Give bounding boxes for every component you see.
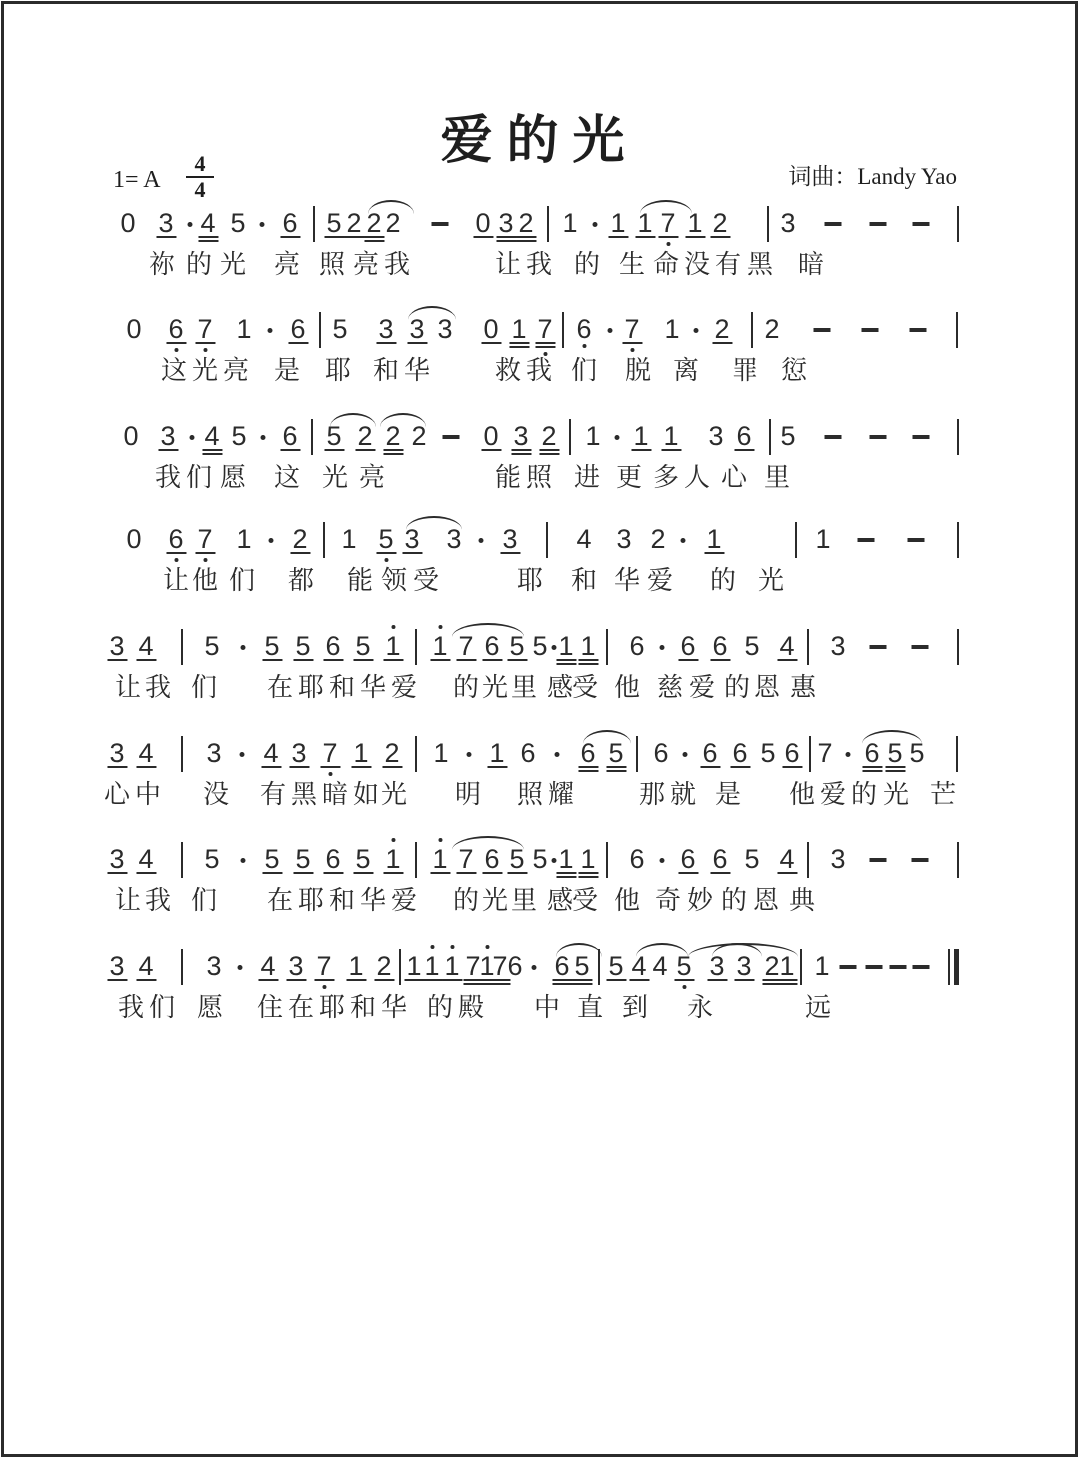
note-token: 1 bbox=[385, 633, 400, 660]
note-underline bbox=[622, 342, 642, 344]
lyric-char: 明 bbox=[455, 780, 481, 808]
note-token: 6 bbox=[554, 953, 569, 980]
note-token: 3 bbox=[158, 210, 173, 237]
note-token: 3 bbox=[437, 316, 452, 343]
augmentation-dot bbox=[532, 965, 537, 970]
note-underline bbox=[535, 342, 555, 344]
lyric-char: 他 bbox=[192, 566, 218, 594]
note-underline bbox=[482, 659, 502, 661]
note-token: 5 bbox=[295, 846, 310, 873]
note-underline bbox=[198, 240, 218, 242]
lyric-char: 能 bbox=[347, 566, 373, 594]
note-token: 6 bbox=[712, 633, 727, 660]
low-octave-dot bbox=[174, 558, 178, 562]
note-token: 5 bbox=[355, 633, 370, 660]
lyric-char: 和 bbox=[329, 886, 355, 914]
note-token: 5 bbox=[326, 423, 341, 450]
lyric-char: 华 bbox=[381, 993, 407, 1021]
note-token: 3 bbox=[109, 846, 124, 873]
note-token: 2 bbox=[714, 316, 729, 343]
note-underline bbox=[734, 449, 754, 451]
note-underline bbox=[782, 766, 802, 768]
lyric-char: 恩 bbox=[754, 673, 780, 701]
note-token: 6 bbox=[732, 740, 747, 767]
note-underline bbox=[730, 766, 750, 768]
note-underline bbox=[509, 346, 529, 348]
low-octave-dot bbox=[682, 985, 686, 989]
augmentation-dot bbox=[660, 645, 665, 650]
lyric-char: 他 bbox=[614, 886, 640, 914]
note-token: 2 bbox=[411, 423, 426, 450]
duration-dash bbox=[814, 328, 831, 332]
note-token: 1 bbox=[815, 526, 830, 553]
note-token: 1 bbox=[236, 316, 251, 343]
note-token: 4 bbox=[138, 953, 153, 980]
lyric-char: 爱 bbox=[391, 886, 417, 914]
note-token: 2 bbox=[346, 210, 361, 237]
note-token: 2 bbox=[541, 423, 556, 450]
note-token: 6 bbox=[736, 423, 751, 450]
augmentation-dot bbox=[190, 435, 195, 440]
lyric-char: 永 bbox=[687, 993, 713, 1021]
note-token: 7 bbox=[537, 316, 552, 343]
lyric-char: 里 bbox=[511, 886, 537, 914]
lyric-char: 的 bbox=[574, 250, 600, 278]
note-underline bbox=[507, 872, 527, 874]
note-token: 0 bbox=[483, 423, 498, 450]
lyric-char: 愿 bbox=[220, 463, 246, 491]
note-token: 3 bbox=[736, 953, 751, 980]
note-token: 6 bbox=[680, 846, 695, 873]
note-token: 3 bbox=[288, 953, 303, 980]
note-token: 0 bbox=[126, 526, 141, 553]
duration-dash bbox=[443, 435, 460, 439]
lyric-char: 有 bbox=[260, 780, 286, 808]
barline bbox=[181, 736, 183, 772]
lyric-char: 在 bbox=[267, 886, 293, 914]
duration-dash bbox=[870, 645, 887, 649]
note-token: 5 bbox=[230, 210, 245, 237]
low-octave-dot bbox=[203, 348, 207, 352]
note-underline bbox=[482, 872, 502, 874]
note-underline bbox=[552, 983, 572, 985]
note-token: 5 bbox=[332, 316, 347, 343]
note-token: 5 bbox=[231, 423, 246, 450]
augmentation-dot bbox=[188, 222, 193, 227]
note-token: 5 bbox=[532, 633, 547, 660]
lyric-char: 光 bbox=[482, 886, 508, 914]
augmentation-dot bbox=[479, 538, 484, 543]
lyric-char: 救 bbox=[495, 356, 521, 384]
lyric-char: 亮 bbox=[353, 250, 379, 278]
note-token: 1 bbox=[687, 210, 702, 237]
note-token: 3 bbox=[206, 740, 221, 767]
duration-dash bbox=[912, 645, 929, 649]
lyric-char: 心 bbox=[721, 463, 747, 491]
duration-dash bbox=[913, 222, 930, 226]
music-line: 067121533343211让他们都能领受耶和华爱的光 bbox=[0, 526, 1079, 618]
lyric-char: 我 bbox=[145, 886, 171, 914]
note-underline bbox=[456, 872, 476, 874]
duration-dash bbox=[913, 965, 930, 969]
note-underline bbox=[700, 766, 720, 768]
note-token: 7 bbox=[316, 953, 331, 980]
note-token: 3 bbox=[616, 526, 631, 553]
barline bbox=[546, 522, 548, 558]
lyric-char: 这 bbox=[161, 356, 187, 384]
augmentation-dot bbox=[241, 645, 246, 650]
lyric-char: 光 bbox=[758, 566, 784, 594]
note-underline bbox=[539, 449, 559, 451]
note-underline bbox=[635, 236, 655, 238]
note-underline bbox=[661, 449, 681, 451]
note-token: 5 bbox=[574, 953, 589, 980]
high-octave-dot bbox=[438, 838, 442, 842]
low-octave-dot bbox=[328, 772, 332, 776]
note-token: 1 bbox=[433, 740, 448, 767]
lyric-char: 的 bbox=[851, 780, 877, 808]
lyric-char: 和 bbox=[373, 356, 399, 384]
low-octave-dot bbox=[322, 985, 326, 989]
note-token: 6 bbox=[168, 526, 183, 553]
note-token: 7 bbox=[458, 846, 473, 873]
duration-dash bbox=[825, 435, 842, 439]
note-token: 5 bbox=[264, 633, 279, 660]
lyric-char: 我 bbox=[155, 463, 181, 491]
duration-dash bbox=[825, 222, 842, 226]
note-underline bbox=[364, 240, 384, 242]
augmentation-dot bbox=[681, 538, 686, 543]
lyric-char: 耶 bbox=[319, 993, 345, 1021]
note-token: 1 bbox=[558, 633, 573, 660]
high-octave-dot bbox=[450, 945, 454, 949]
note-token: 2 bbox=[764, 953, 779, 980]
note-token: 3 bbox=[498, 210, 513, 237]
barline bbox=[800, 949, 802, 985]
barline bbox=[415, 629, 417, 665]
note-token: 6 bbox=[653, 740, 668, 767]
note-token: 2 bbox=[292, 526, 307, 553]
low-octave-dot bbox=[666, 242, 670, 246]
note-underline bbox=[383, 872, 403, 874]
note-token: 6 bbox=[576, 316, 591, 343]
lyric-char: 心 bbox=[104, 780, 130, 808]
note-token: 4 bbox=[138, 846, 153, 873]
note-underline bbox=[402, 552, 422, 554]
lyric-char: 光 bbox=[220, 250, 246, 278]
lyric-char: 光 bbox=[192, 356, 218, 384]
barline bbox=[319, 312, 321, 348]
note-underline bbox=[516, 236, 536, 238]
lyric-char: 光 bbox=[482, 673, 508, 701]
note-underline bbox=[288, 342, 308, 344]
lyric-char: 愿 bbox=[197, 993, 223, 1021]
lyric-char: 让 bbox=[163, 566, 189, 594]
augmentation-dot bbox=[615, 435, 620, 440]
lyric-char: 直 bbox=[577, 993, 603, 1021]
lyric-char: 爱 bbox=[647, 566, 673, 594]
note-token: 1 bbox=[406, 953, 421, 980]
note-token: 6 bbox=[520, 740, 535, 767]
note-underline bbox=[490, 983, 510, 985]
lyric-char: 让 bbox=[115, 673, 141, 701]
note-token: 4 bbox=[200, 210, 215, 237]
note-underline bbox=[351, 766, 371, 768]
barline bbox=[181, 949, 183, 985]
note-token: 7 bbox=[817, 740, 832, 767]
note-token: 4 bbox=[260, 953, 275, 980]
note-token: 5 bbox=[608, 740, 623, 767]
note-underline bbox=[195, 342, 215, 344]
lyric-char: 是 bbox=[274, 356, 300, 384]
note-token: 5 bbox=[760, 740, 775, 767]
barline bbox=[323, 522, 325, 558]
note-underline bbox=[324, 236, 344, 238]
augmentation-dot bbox=[552, 645, 557, 650]
note-token: 5 bbox=[909, 740, 924, 767]
duration-dash bbox=[866, 965, 883, 969]
lyric-char: 住 bbox=[257, 993, 283, 1021]
note-token: 2 bbox=[385, 210, 400, 237]
duration-dash bbox=[910, 328, 927, 332]
note-token: 7 bbox=[197, 526, 212, 553]
note-underline bbox=[734, 979, 754, 981]
lyric-char: 进 bbox=[574, 463, 600, 491]
note-underline bbox=[430, 659, 450, 661]
lyric-char: 让 bbox=[495, 250, 521, 278]
lyric-char: 的 bbox=[721, 886, 747, 914]
note-token: 1 bbox=[562, 210, 577, 237]
note-underline bbox=[456, 659, 476, 661]
lyric-char: 我 bbox=[145, 673, 171, 701]
note-underline bbox=[629, 979, 649, 981]
note-underline bbox=[539, 453, 559, 455]
barline bbox=[415, 842, 417, 878]
note-underline bbox=[323, 659, 343, 661]
note-token: 2 bbox=[357, 423, 372, 450]
note-token: 1 bbox=[585, 423, 600, 450]
note-underline bbox=[885, 770, 905, 772]
note-token: 1 bbox=[814, 953, 829, 980]
lyric-char: 远 bbox=[805, 993, 831, 1021]
lyric-char: 华 bbox=[360, 673, 386, 701]
slur-arc bbox=[636, 943, 688, 957]
note-underline bbox=[364, 236, 384, 238]
lyric-char: 我 bbox=[526, 250, 552, 278]
final-barline bbox=[948, 949, 960, 985]
note-token: 6 bbox=[702, 740, 717, 767]
note-token: 4 bbox=[631, 953, 646, 980]
note-token: 2 bbox=[385, 423, 400, 450]
note-underline bbox=[552, 979, 572, 981]
lyric-char: 让 bbox=[115, 886, 141, 914]
note-underline bbox=[777, 983, 797, 985]
low-octave-dot bbox=[174, 348, 178, 352]
lyric-char: 爱 bbox=[391, 673, 417, 701]
note-underline bbox=[344, 236, 364, 238]
note-underline bbox=[473, 236, 493, 238]
low-octave-dot bbox=[582, 344, 586, 348]
note-token: 1 bbox=[385, 846, 400, 873]
lyric-char: 愆 bbox=[781, 356, 807, 384]
lyric-char: 们 bbox=[229, 566, 255, 594]
note-token: 1 bbox=[706, 526, 721, 553]
note-underline bbox=[166, 552, 186, 554]
note-underline bbox=[678, 872, 698, 874]
barline bbox=[957, 629, 959, 665]
music-line: 345556511765511666543让我们在耶和华爱的光里感受他慈爱的恩惠 bbox=[0, 633, 1079, 725]
lyric-char: 在 bbox=[267, 673, 293, 701]
note-underline bbox=[511, 449, 531, 451]
note-underline bbox=[481, 449, 501, 451]
note-underline bbox=[280, 236, 300, 238]
note-underline bbox=[136, 979, 156, 981]
note-token: 5 bbox=[204, 633, 219, 660]
slur-arc bbox=[408, 306, 456, 320]
barline bbox=[807, 842, 809, 878]
note-token: 7 bbox=[660, 210, 675, 237]
note-token: 6 bbox=[282, 210, 297, 237]
note-underline bbox=[382, 766, 402, 768]
note-underline bbox=[658, 236, 678, 238]
note-token: 5 bbox=[744, 633, 759, 660]
note-underline bbox=[862, 770, 882, 772]
slur-arc bbox=[452, 623, 524, 637]
note-token: 3 bbox=[709, 953, 724, 980]
barline bbox=[606, 842, 608, 878]
note-token: 3 bbox=[502, 526, 517, 553]
note-underline bbox=[885, 766, 905, 768]
lyric-char: 黑 bbox=[291, 780, 317, 808]
final-barline-thin bbox=[948, 949, 950, 985]
note-token: 6 bbox=[325, 633, 340, 660]
note-underline bbox=[578, 659, 598, 661]
note-token: 5 bbox=[204, 846, 219, 873]
note-underline bbox=[202, 449, 222, 451]
note-underline bbox=[136, 659, 156, 661]
note-underline bbox=[107, 659, 127, 661]
lyric-char: 慈 bbox=[657, 673, 683, 701]
note-underline bbox=[862, 766, 882, 768]
barline bbox=[562, 312, 564, 348]
note-underline bbox=[261, 766, 281, 768]
duration-dash bbox=[870, 858, 887, 862]
lyric-char: 耶 bbox=[298, 886, 324, 914]
lyric-char: 们 bbox=[191, 673, 217, 701]
note-underline bbox=[346, 979, 366, 981]
duration-dash bbox=[870, 435, 887, 439]
note-underline bbox=[674, 979, 694, 981]
note-underline bbox=[710, 236, 730, 238]
note-token: 5 bbox=[887, 740, 902, 767]
note-token: 3 bbox=[830, 633, 845, 660]
lyric-char: 耶 bbox=[517, 566, 543, 594]
note-token: 6 bbox=[629, 633, 644, 660]
note-token: 6 bbox=[864, 740, 879, 767]
note-underline bbox=[289, 766, 309, 768]
note-token: 6 bbox=[784, 740, 799, 767]
note-underline bbox=[516, 240, 536, 242]
note-token: 2 bbox=[518, 210, 533, 237]
note-token: 6 bbox=[325, 846, 340, 873]
lyric-char: 更 bbox=[616, 463, 642, 491]
note-underline bbox=[136, 766, 156, 768]
note-underline bbox=[556, 876, 576, 878]
note-token: 3 bbox=[780, 210, 795, 237]
barline bbox=[956, 736, 958, 772]
note-underline bbox=[578, 876, 598, 878]
note-underline bbox=[198, 236, 218, 238]
lyric-char: 生 bbox=[619, 250, 645, 278]
high-octave-dot bbox=[485, 945, 489, 949]
note-token: 1 bbox=[633, 423, 648, 450]
note-underline bbox=[290, 552, 310, 554]
note-underline bbox=[376, 342, 396, 344]
note-token: 6 bbox=[484, 633, 499, 660]
duration-dash bbox=[858, 538, 875, 542]
note-token: 4 bbox=[204, 423, 219, 450]
note-token: 6 bbox=[282, 423, 297, 450]
note-underline bbox=[166, 342, 186, 344]
barline bbox=[769, 419, 771, 455]
lyric-char: 多 bbox=[653, 463, 679, 491]
lyric-char: 他 bbox=[789, 780, 815, 808]
lyric-char: 们 bbox=[149, 993, 175, 1021]
note-underline bbox=[404, 979, 424, 981]
barline bbox=[636, 736, 638, 772]
note-token: 1 bbox=[664, 316, 679, 343]
note-token: 0 bbox=[126, 316, 141, 343]
note-underline bbox=[156, 236, 176, 238]
note-underline bbox=[777, 979, 797, 981]
note-token: 5 bbox=[378, 526, 393, 553]
note-token: 3 bbox=[446, 526, 461, 553]
note-token: 1 bbox=[580, 846, 595, 873]
note-token: 7 bbox=[465, 953, 480, 980]
barline bbox=[313, 206, 315, 242]
lyric-char: 光 bbox=[381, 780, 407, 808]
note-token: 3 bbox=[378, 316, 393, 343]
lyric-char: 的 bbox=[453, 886, 479, 914]
music-line: 06716533301767122这光亮是耶和华救我们脱离罪愆 bbox=[0, 316, 1079, 408]
lyric-char: 感 bbox=[547, 886, 573, 914]
lyric-char: 的 bbox=[427, 993, 453, 1021]
note-token: 5 bbox=[608, 953, 623, 980]
lyric-char: 在 bbox=[288, 993, 314, 1021]
note-underline bbox=[481, 342, 501, 344]
barline bbox=[956, 312, 958, 348]
note-token: 0 bbox=[475, 210, 490, 237]
note-underline bbox=[500, 552, 520, 554]
barline bbox=[181, 629, 183, 665]
note-underline bbox=[507, 659, 527, 661]
note-token: 7 bbox=[458, 633, 473, 660]
note-underline bbox=[777, 872, 797, 874]
note-underline bbox=[293, 659, 313, 661]
note-underline bbox=[496, 240, 516, 242]
lyric-char: 妙 bbox=[687, 886, 713, 914]
lyric-char: 光 bbox=[322, 463, 348, 491]
note-underline bbox=[262, 659, 282, 661]
lyric-char: 人 bbox=[684, 463, 710, 491]
augmentation-dot bbox=[694, 328, 699, 333]
note-token: 7 bbox=[492, 953, 507, 980]
lyric-char: 是 bbox=[715, 780, 741, 808]
note-token: 1 bbox=[341, 526, 356, 553]
lyric-char: 们 bbox=[186, 463, 212, 491]
note-token: 5 bbox=[509, 633, 524, 660]
lyric-char: 这 bbox=[274, 463, 300, 491]
